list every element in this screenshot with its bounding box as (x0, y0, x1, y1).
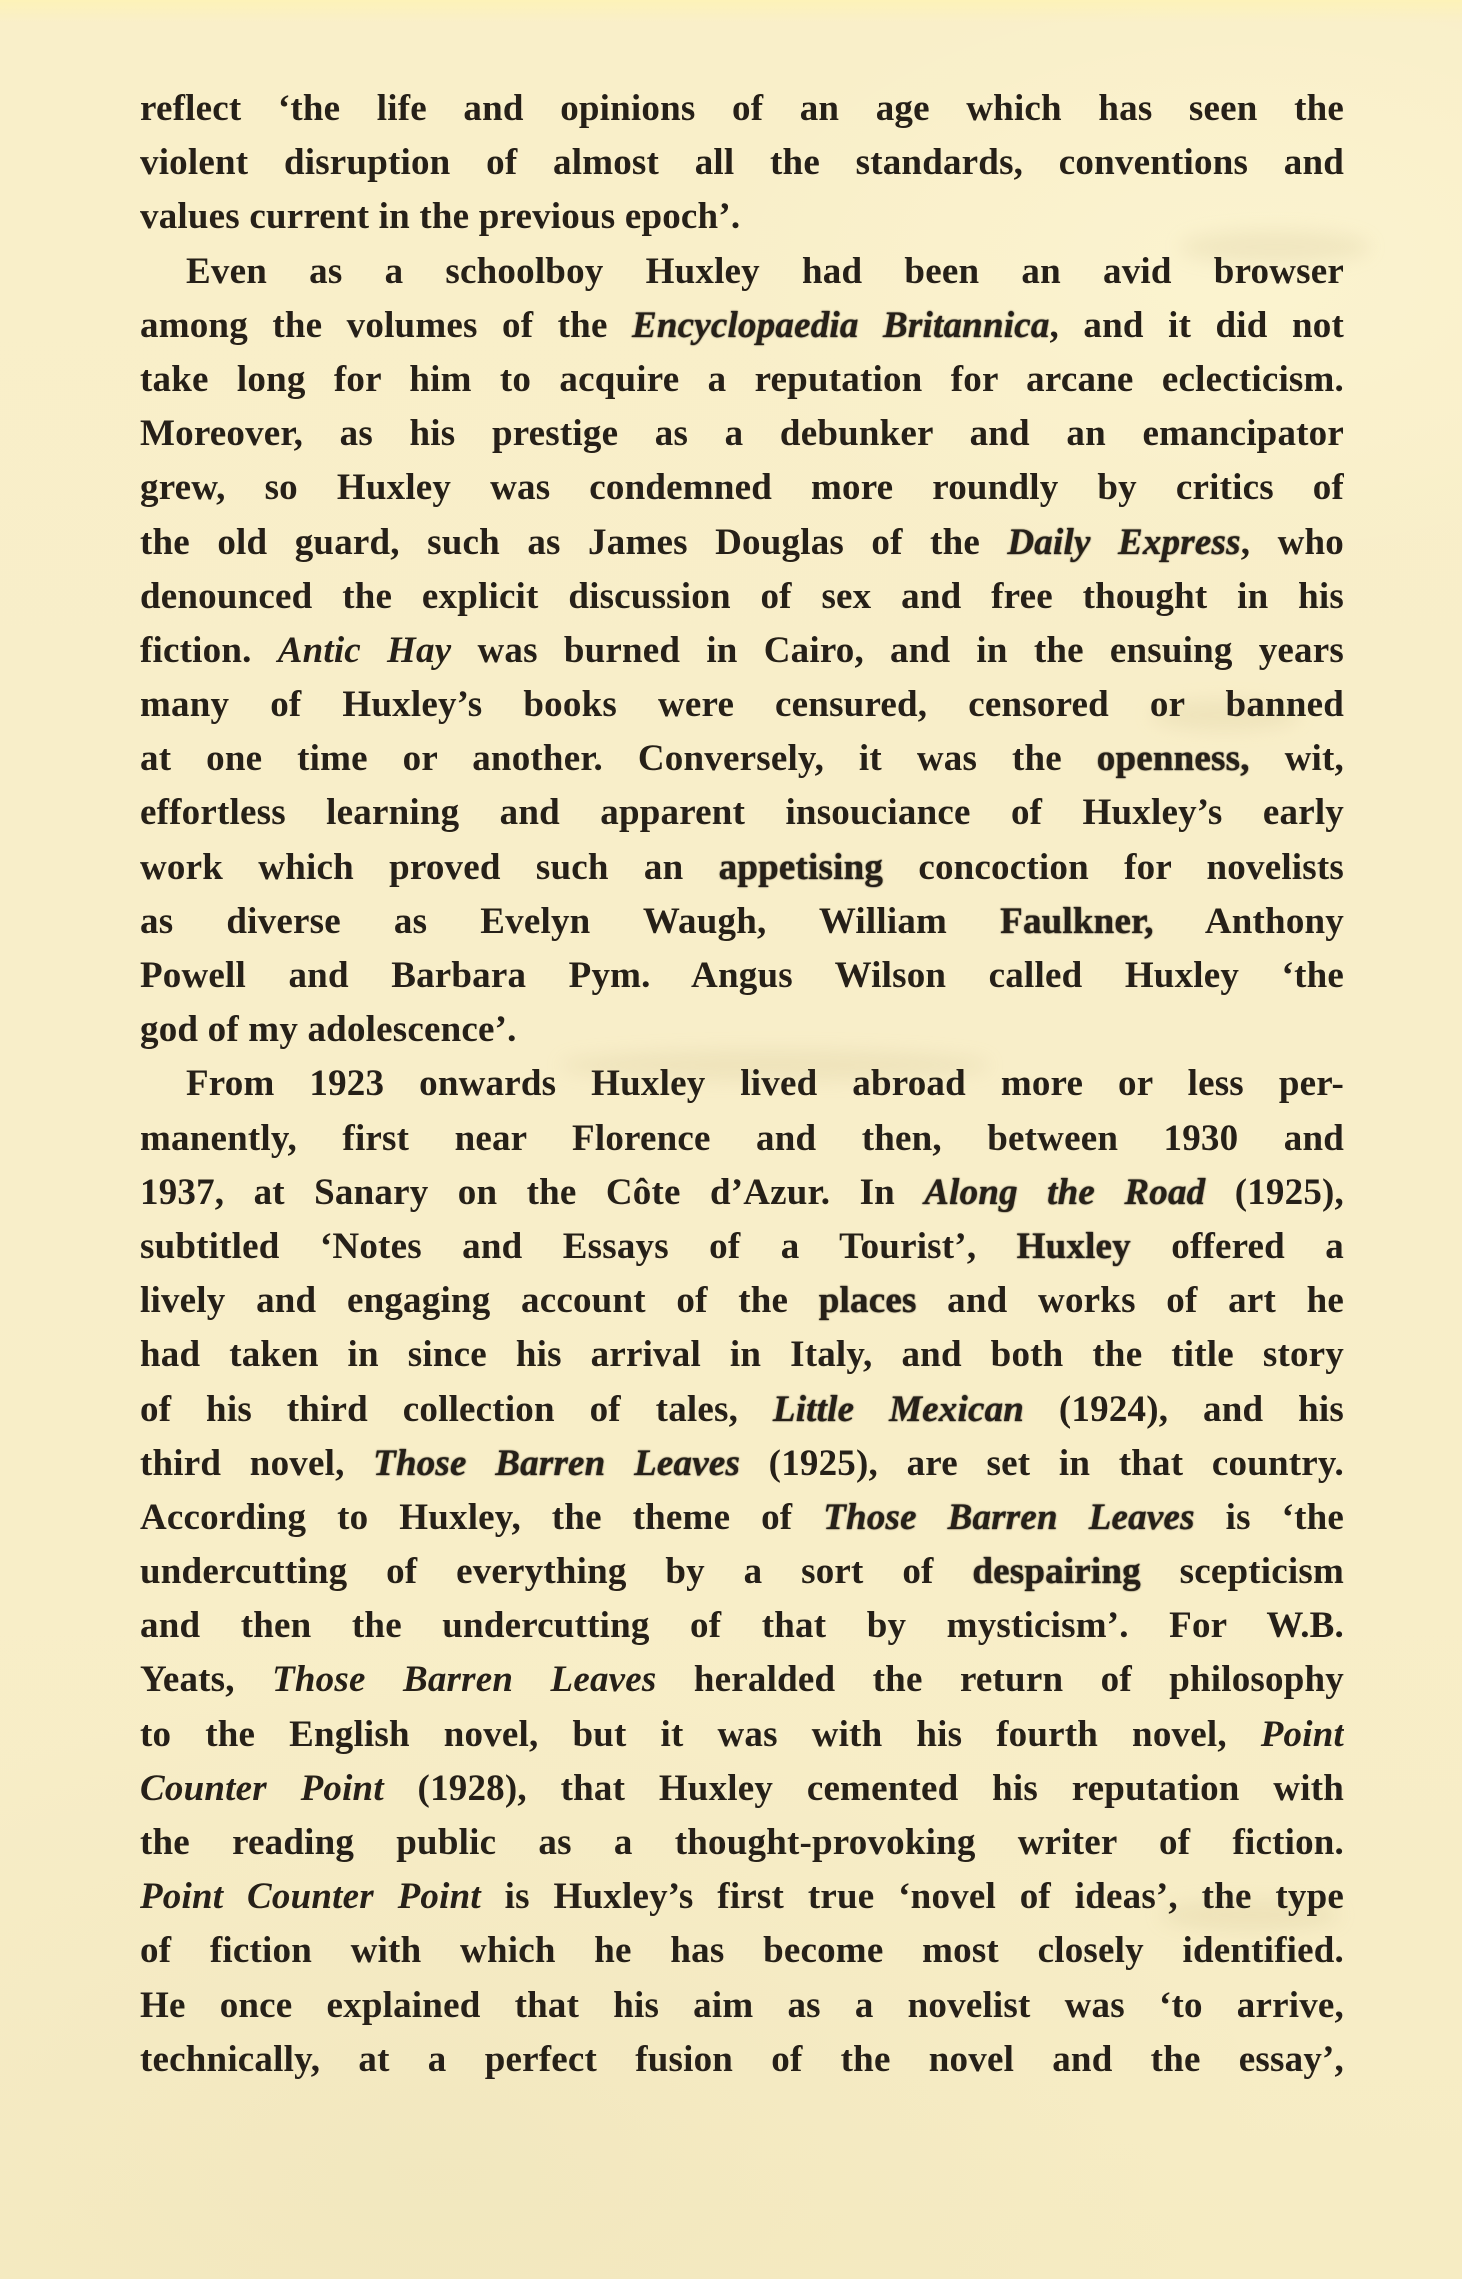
text-line: effortless learning and apparent insouci… (140, 786, 1344, 840)
text-line: and then the undercutting of that by mys… (140, 1599, 1344, 1653)
text-line: From 1923 onwards Huxley lived abroad mo… (140, 1057, 1344, 1111)
book-page: reflect ‘the life and opinions of an age… (0, 0, 1462, 2279)
text-line: of fiction with which he has become most… (140, 1924, 1344, 1978)
body-text: take long for him to acquire a reputatio… (140, 359, 1344, 400)
book-title-text: Point (1261, 1714, 1344, 1755)
body-text: , who (1241, 522, 1344, 563)
body-text: and works of art he (917, 1280, 1344, 1321)
body-text: 1937, at Sanary on the Côte d’Azur. In (140, 1172, 924, 1213)
body-text: From 1923 onwards Huxley lived abroad mo… (186, 1063, 1344, 1104)
body-text: work which proved such an (140, 847, 719, 888)
body-text: the reading public as a thought-provokin… (140, 1822, 1344, 1863)
body-text: openness, (1097, 738, 1250, 779)
text-line: Powell and Barbara Pym. Angus Wilson cal… (140, 949, 1344, 1003)
body-text: wit, (1250, 738, 1344, 779)
body-text: (1924), and his (1024, 1389, 1344, 1430)
text-line: 1937, at Sanary on the Côte d’Azur. In A… (140, 1166, 1344, 1220)
body-text: despairing (972, 1551, 1141, 1592)
body-text: Faulkner, (1000, 901, 1154, 942)
text-line: denounced the explicit discussion of sex… (140, 570, 1344, 624)
body-text: undercutting of everything by a sort of (140, 1551, 972, 1592)
body-text: is Huxley’s first true ‘novel of ideas’,… (481, 1876, 1344, 1917)
book-title-text: Those Barren Leaves (272, 1659, 656, 1700)
body-text: lively and engaging account of the (140, 1280, 819, 1321)
body-text: third novel, (140, 1443, 373, 1484)
body-text: He once explained that his aim as a nove… (140, 1985, 1344, 2026)
book-title-text: Antic Hay (278, 630, 452, 671)
body-text: of fiction with which he has become most… (140, 1930, 1344, 1971)
body-text: According to Huxley, the theme of (140, 1497, 823, 1538)
book-title-text: Daily Express (1007, 522, 1240, 563)
body-text: had taken in since his arrival in Italy,… (140, 1334, 1344, 1375)
body-text: Yeats, (140, 1659, 272, 1700)
text-line: many of Huxley’s books were censured, ce… (140, 678, 1344, 732)
body-text: at one time or another. Conversely, it w… (140, 738, 1097, 779)
page-text: reflect ‘the life and opinions of an age… (140, 82, 1344, 2087)
text-line: had taken in since his arrival in Italy,… (140, 1328, 1344, 1382)
text-line: undercutting of everything by a sort of … (140, 1545, 1344, 1599)
text-line: values current in the previous epoch’. (140, 190, 1344, 244)
body-text: as diverse as Evelyn Waugh, William (140, 901, 1000, 942)
book-title-text: Encyclopaedia Britannica (632, 305, 1050, 346)
book-title-text: Those Barren Leaves (823, 1497, 1194, 1538)
body-text: violent disruption of almost all the sta… (140, 142, 1344, 183)
body-text: to the English novel, but it was with hi… (140, 1714, 1261, 1755)
book-title-text: Those Barren Leaves (373, 1443, 740, 1484)
body-text: Even as a schoolboy Huxley had been an a… (186, 251, 1344, 292)
text-line: of his third collection of tales, Little… (140, 1383, 1344, 1437)
text-line: According to Huxley, the theme of Those … (140, 1491, 1344, 1545)
text-line: subtitled ‘Notes and Essays of a Tourist… (140, 1220, 1344, 1274)
text-line: among the volumes of the Encyclopaedia B… (140, 299, 1344, 353)
text-line: grew, so Huxley was condemned more round… (140, 461, 1344, 515)
text-line: god of my adolescence’. (140, 1003, 1344, 1057)
body-text: Powell and Barbara Pym. Angus Wilson cal… (140, 955, 1344, 996)
body-text: (1928), that Huxley cemented his reputat… (384, 1768, 1344, 1809)
book-title-text: Point Counter Point (140, 1876, 481, 1917)
text-line: Yeats, Those Barren Leaves heralded the … (140, 1653, 1344, 1707)
body-text: manently, first near Florence and then, … (140, 1118, 1344, 1159)
body-text: among the volumes of the (140, 305, 632, 346)
body-text: Huxley (1017, 1226, 1131, 1267)
text-line: take long for him to acquire a reputatio… (140, 353, 1344, 407)
text-line: Counter Point (1928), that Huxley cement… (140, 1762, 1344, 1816)
body-text: concoction for novelists (883, 847, 1344, 888)
text-line: third novel, Those Barren Leaves (1925),… (140, 1437, 1344, 1491)
text-line: lively and engaging account of the place… (140, 1274, 1344, 1328)
text-line: manently, first near Florence and then, … (140, 1112, 1344, 1166)
body-text: (1925), are set in that country. (740, 1443, 1344, 1484)
text-line: reflect ‘the life and opinions of an age… (140, 82, 1344, 136)
text-line: Moreover, as his prestige as a debunker … (140, 407, 1344, 461)
text-line: work which proved such an appetising con… (140, 841, 1344, 895)
body-text: technically, at a perfect fusion of the … (140, 2039, 1344, 2080)
text-line: as diverse as Evelyn Waugh, William Faul… (140, 895, 1344, 949)
body-text: denounced the explicit discussion of sex… (140, 576, 1344, 617)
text-line: Point Counter Point is Huxley’s first tr… (140, 1870, 1344, 1924)
body-text: the old guard, such as James Douglas of … (140, 522, 1007, 563)
body-text: of his third collection of tales, (140, 1389, 773, 1430)
book-title-text: Counter Point (140, 1768, 384, 1809)
text-line: He once explained that his aim as a nove… (140, 1979, 1344, 2033)
text-line: technically, at a perfect fusion of the … (140, 2033, 1344, 2087)
body-text: reflect ‘the life and opinions of an age… (140, 88, 1344, 129)
text-line: the old guard, such as James Douglas of … (140, 516, 1344, 570)
body-text: subtitled ‘Notes and Essays of a Tourist… (140, 1226, 1017, 1267)
body-text: Anthony (1154, 901, 1344, 942)
body-text: (1925), (1205, 1172, 1344, 1213)
body-text: is ‘the (1195, 1497, 1344, 1538)
body-text: heralded the return of philosophy (657, 1659, 1344, 1700)
text-line: fiction. Antic Hay was burned in Cairo, … (140, 624, 1344, 678)
body-text: offered a (1131, 1226, 1344, 1267)
body-text: appetising (719, 847, 883, 888)
body-text: effortless learning and apparent insouci… (140, 792, 1344, 833)
body-text: Moreover, as his prestige as a debunker … (140, 413, 1344, 454)
body-text: and then the undercutting of that by mys… (140, 1605, 1344, 1646)
body-text: god of my adolescence’. (140, 1009, 517, 1050)
text-line: Even as a schoolboy Huxley had been an a… (140, 245, 1344, 299)
book-title-text: Along the Road (924, 1172, 1205, 1213)
body-text: many of Huxley’s books were censured, ce… (140, 684, 1344, 725)
body-text: places (819, 1280, 917, 1321)
body-text: fiction. (140, 630, 278, 671)
body-text: grew, so Huxley was condemned more round… (140, 467, 1344, 508)
text-line: the reading public as a thought-provokin… (140, 1816, 1344, 1870)
body-text: , and it did not (1050, 305, 1344, 346)
body-text: was burned in Cairo, and in the ensuing … (451, 630, 1344, 671)
text-line: to the English novel, but it was with hi… (140, 1708, 1344, 1762)
body-text: values current in the previous epoch’. (140, 196, 740, 237)
text-line: violent disruption of almost all the sta… (140, 136, 1344, 190)
book-title-text: Little Mexican (773, 1389, 1024, 1430)
body-text: scepticism (1141, 1551, 1344, 1592)
text-line: at one time or another. Conversely, it w… (140, 732, 1344, 786)
